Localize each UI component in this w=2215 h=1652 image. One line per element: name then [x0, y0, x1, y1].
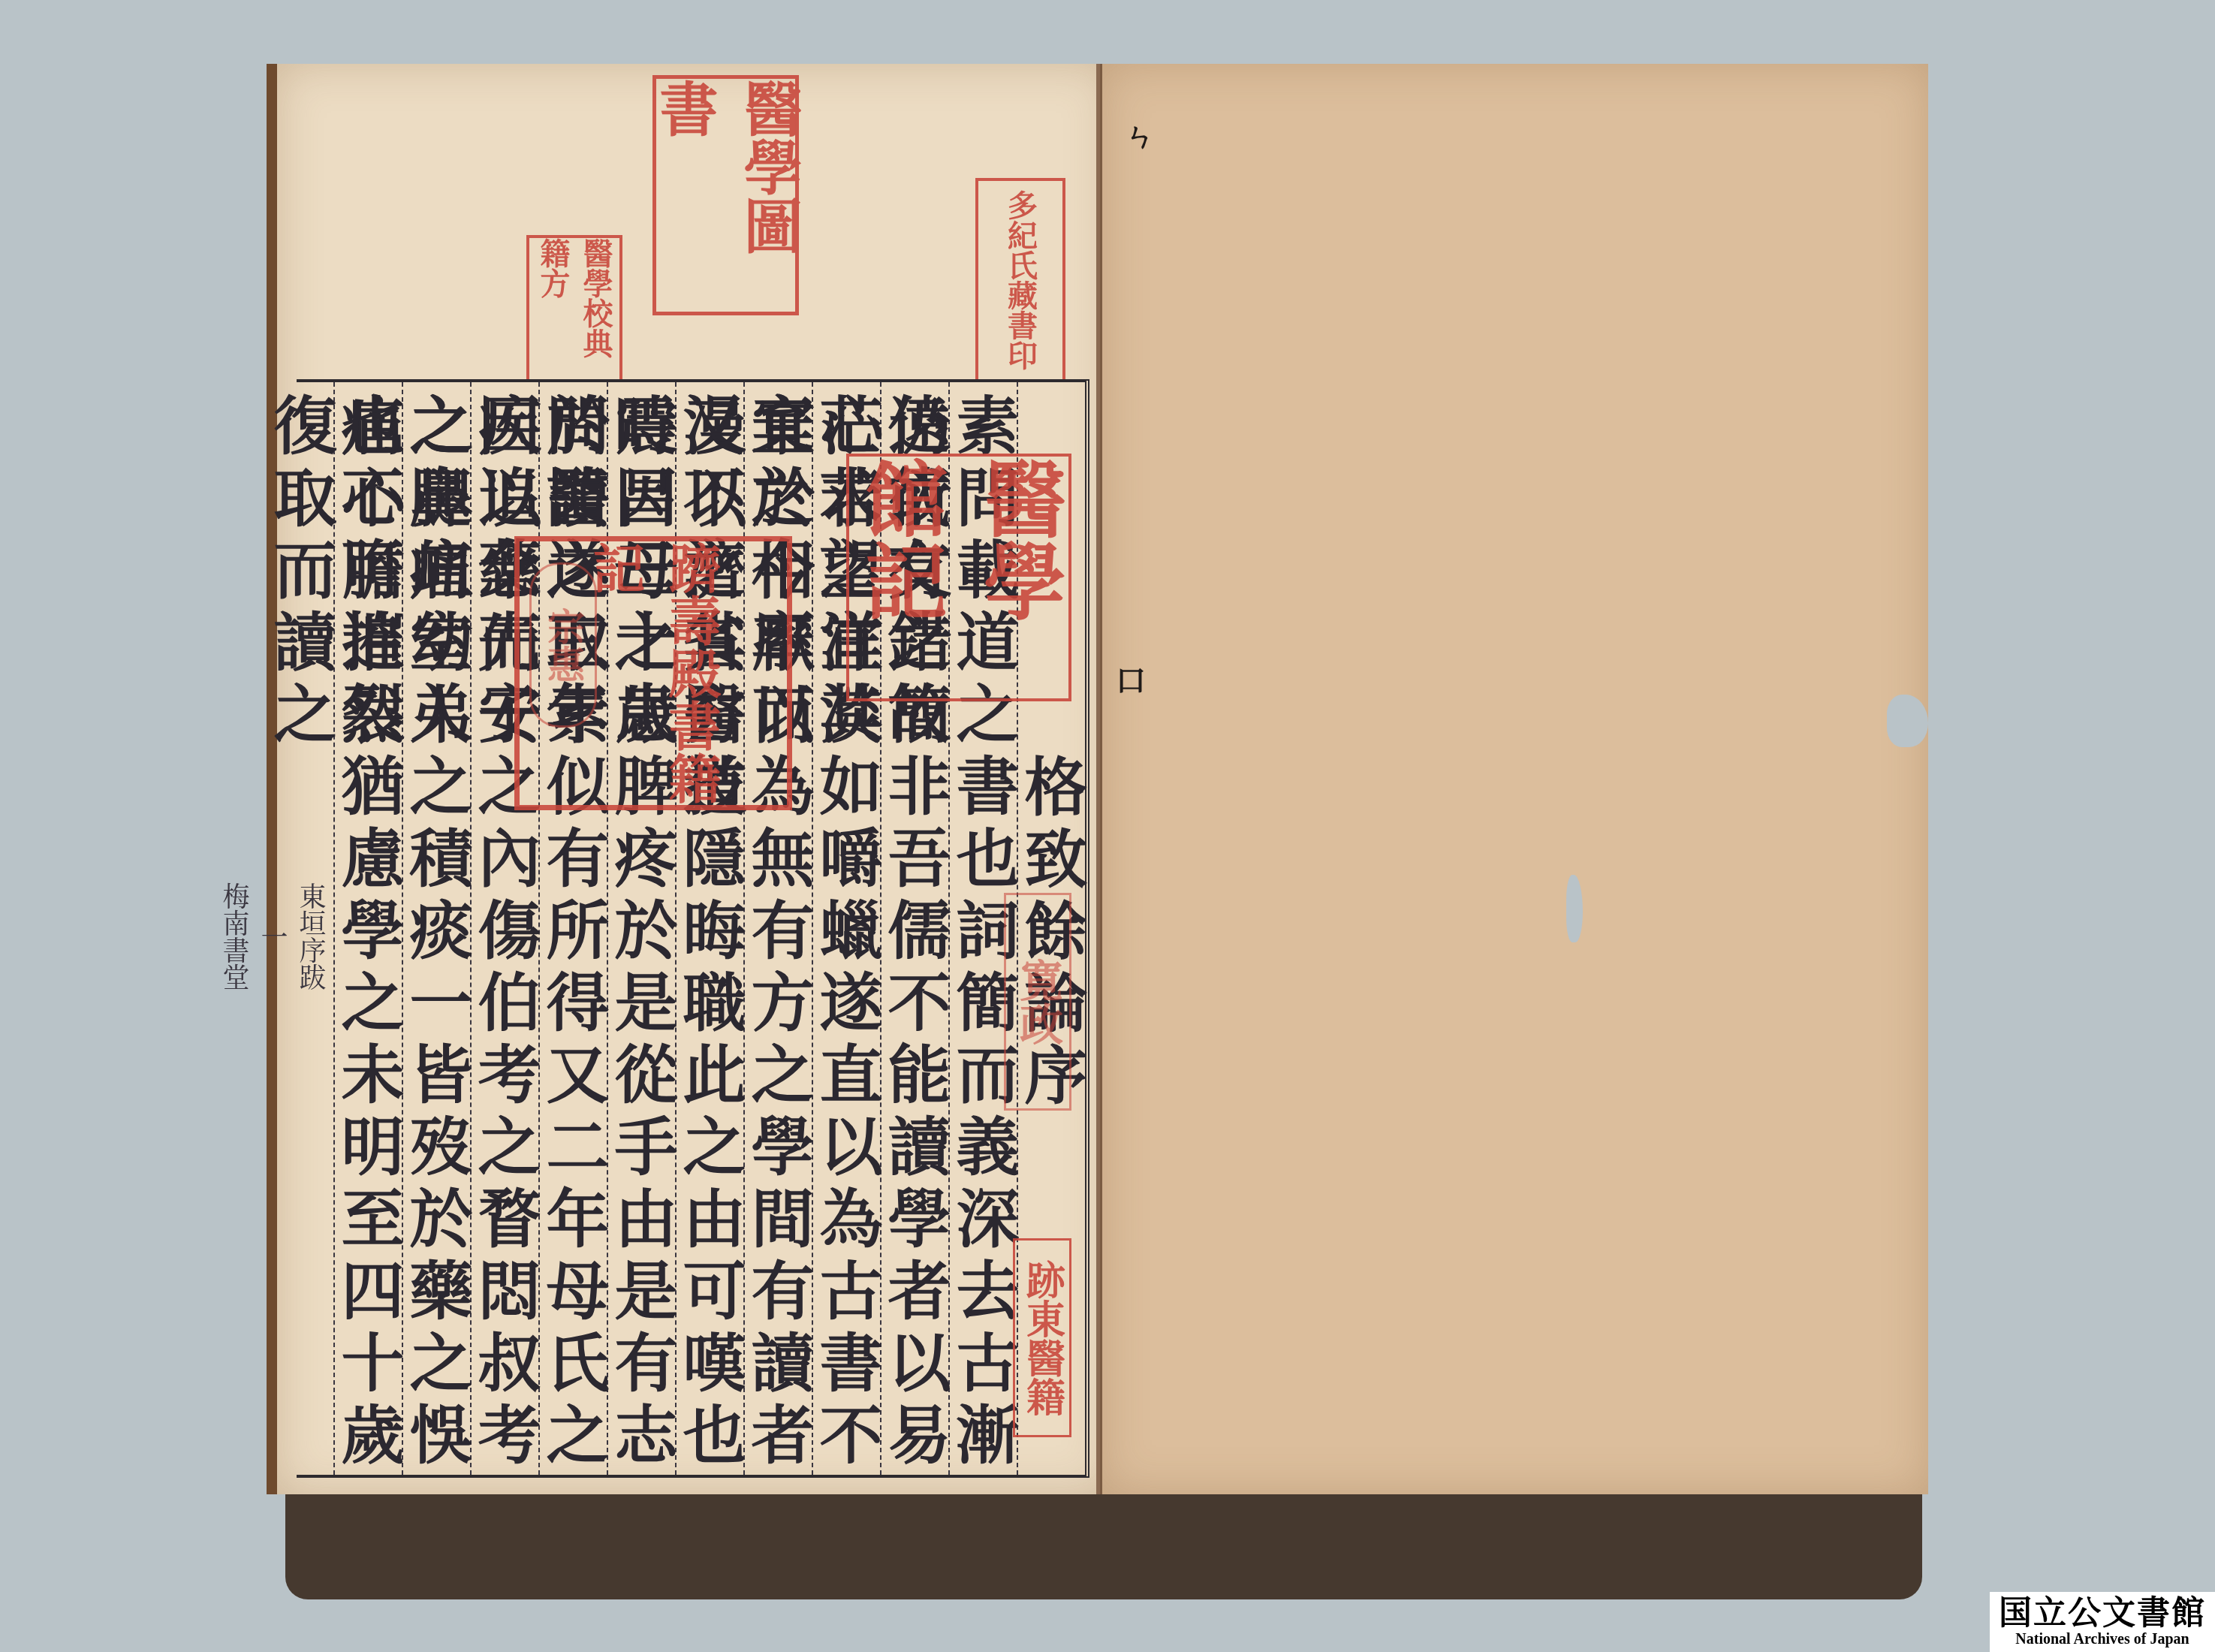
ink-mark-middle: 口: [1116, 657, 1146, 700]
seal-text-top-right: 醫學館記: [846, 454, 1071, 701]
text-column-10: 之腿痛室人之積痰一皆歿於藥之悞也心膽摧裂: [402, 382, 470, 1475]
seal-igakko: 醫學校典籍方: [526, 235, 622, 382]
right-page: ㄣ 口: [1100, 64, 1928, 1494]
text-column-11: 痛不可追然猶慮學之未明至四十歲復取而讀之: [333, 382, 402, 1475]
seal-taki: 多紀氏藏書印: [975, 178, 1065, 382]
printed-text-block: 東垣序跋 一 梅南書堂 格致餘論序 素問載道之書也詞簡而義深去古漸遠衍文錯簡 仍…: [297, 379, 1089, 1478]
left-page: 醫學校典籍方 醫學圖書 多紀氏藏書印 東垣序跋 一 梅南書堂 格致餘論序 素問載…: [267, 64, 1111, 1494]
seal-text-round: 宗惠: [529, 562, 597, 728]
seal-text-mid-right: 寛政: [1004, 893, 1071, 1111]
paper-tear-center: [1566, 875, 1583, 942]
paper-tear-edge: [1887, 695, 1928, 747]
book-edge-shadow: [285, 1487, 1922, 1599]
seal-text-bottom-right: 跡東醫籍: [1013, 1238, 1071, 1437]
watermark-japanese: 国立公文書館: [1999, 1596, 2206, 1631]
archive-watermark: 国立公文書館 National Archives of Japan: [1990, 1592, 2215, 1652]
ink-mark-top: ㄣ: [1125, 113, 1155, 155]
seal-igaku-tosho: 醫學圖書: [652, 75, 799, 315]
watermark-english: National Archives of Japan: [2015, 1631, 2189, 1647]
publisher-name: 梅南書堂: [215, 882, 253, 990]
